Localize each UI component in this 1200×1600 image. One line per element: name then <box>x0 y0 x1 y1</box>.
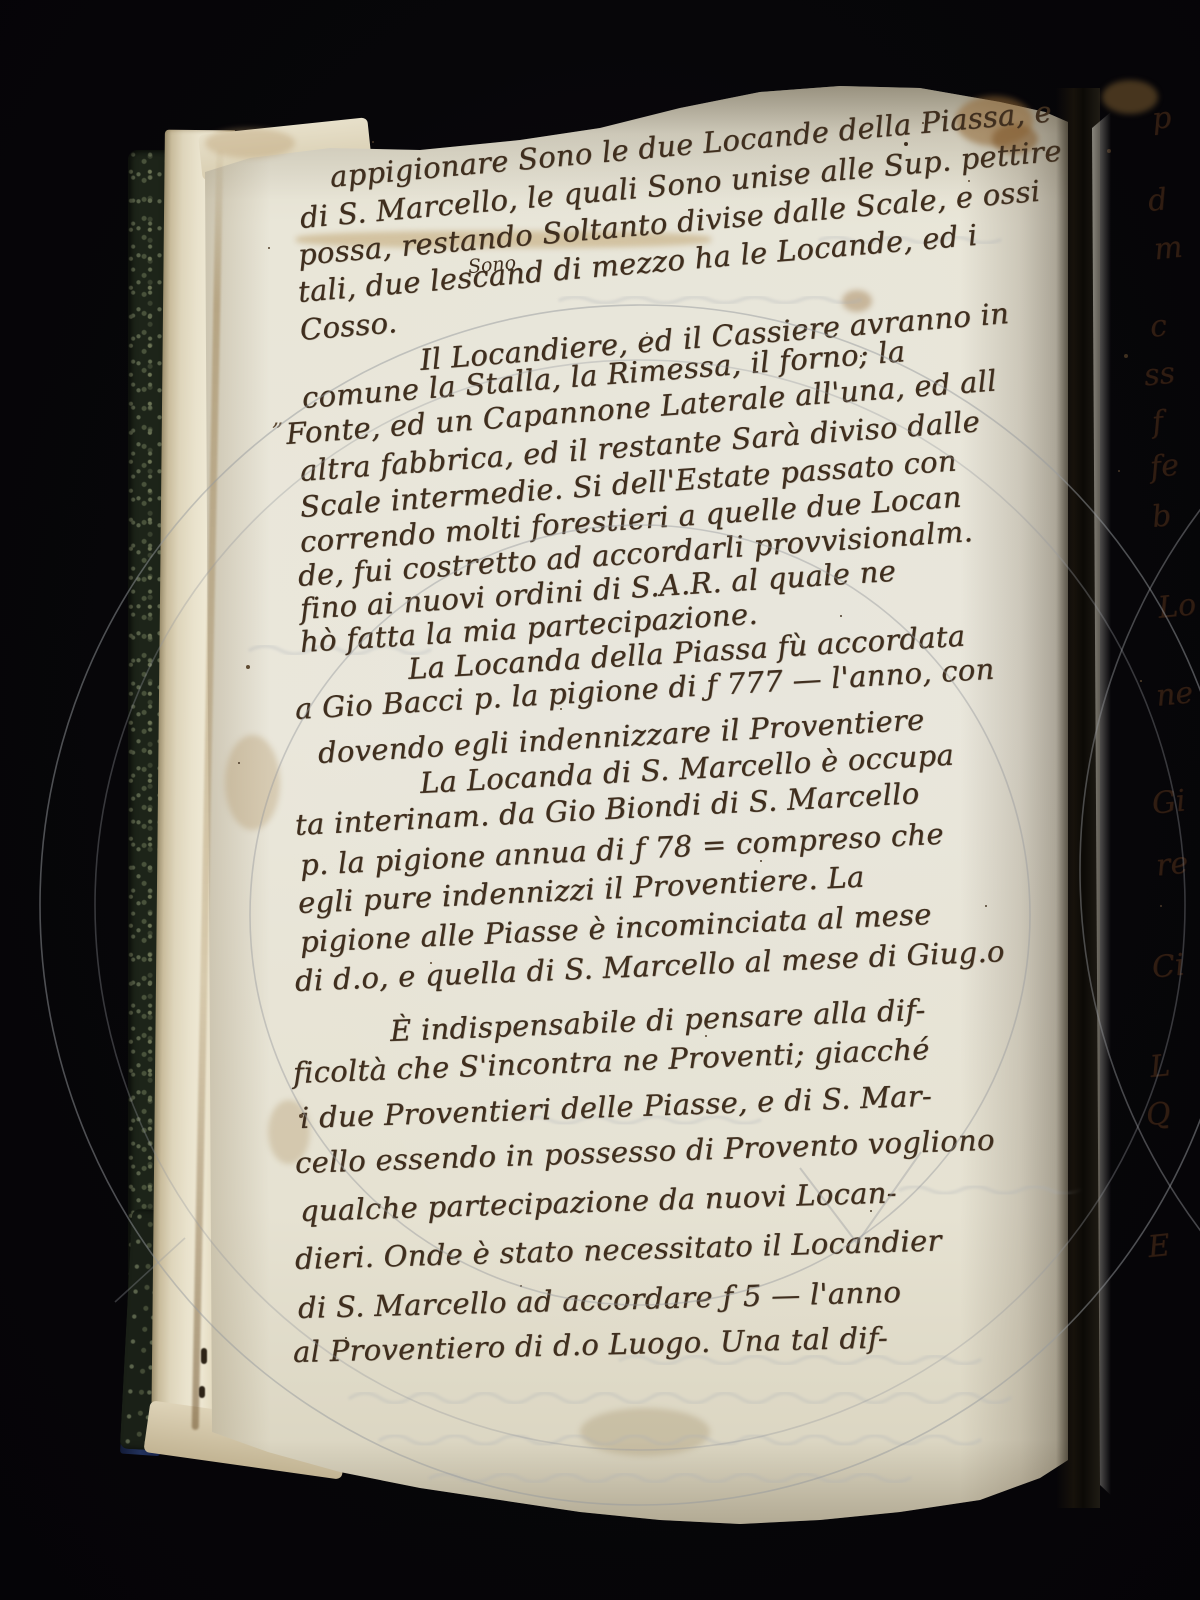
watermark-circle-outer2 <box>95 360 1185 1450</box>
scratch-line <box>115 1238 185 1302</box>
watermark-circle-outer <box>40 305 1200 1505</box>
watermark-circle-right <box>1080 270 1200 1470</box>
watermark-chevron <box>800 1152 921 1243</box>
photo-backdrop: appigionare Sono le due Locande della Pi… <box>0 0 1200 1600</box>
watermark-circle-inner <box>250 525 1030 1305</box>
watermark-overlay <box>0 0 1200 1600</box>
